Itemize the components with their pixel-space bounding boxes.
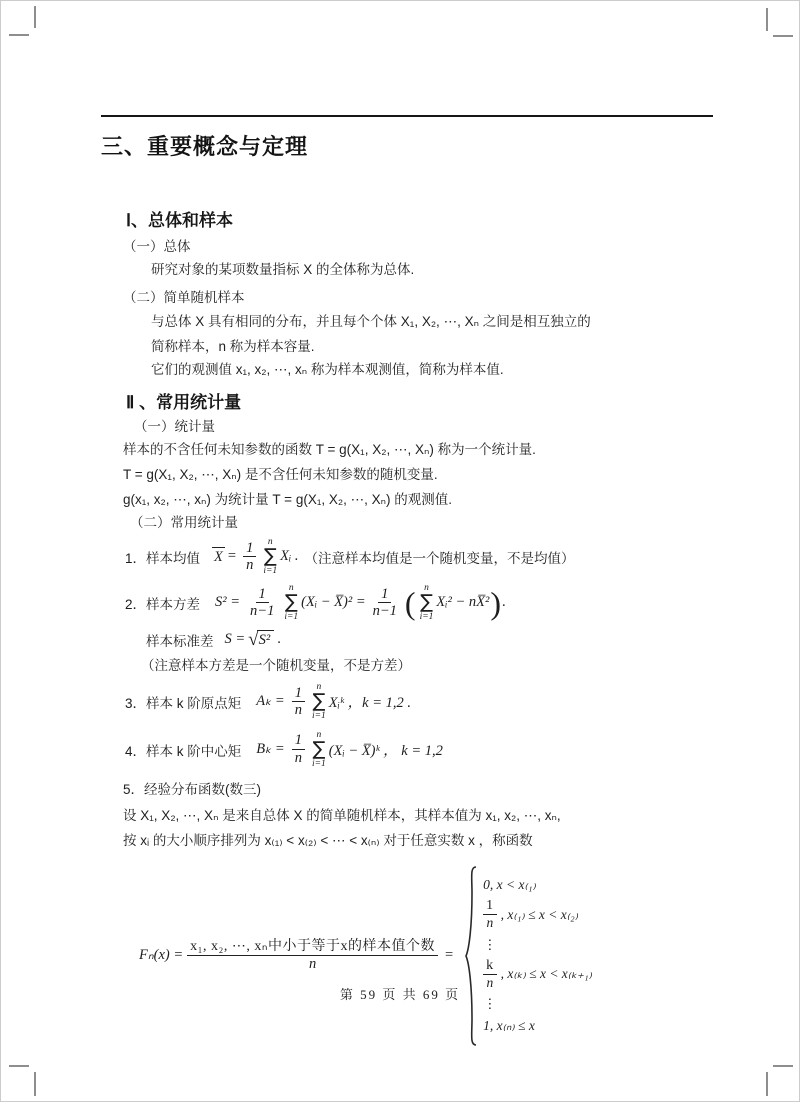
- period: .: [502, 594, 506, 611]
- text-line: 简称样本，n 称为样本容量.: [151, 337, 713, 357]
- case-row: 1 n , x₍₁₎ ≤ x < x₍₂₎: [483, 898, 592, 931]
- sigma-icon: ∑: [420, 593, 433, 612]
- fraction: x₁, x₂, ⋯, xₙ中小于等于x的样本值个数 n: [187, 939, 438, 973]
- crop-mark: [34, 6, 36, 28]
- fraction-denominator: n: [292, 750, 305, 767]
- text-line: 研究对象的某项数量指标 X 的全体称为总体.: [151, 260, 713, 280]
- fraction-denominator: n: [292, 702, 305, 719]
- sigma-icon: ∑: [312, 692, 325, 711]
- formula-term: Xᵢ² − nX̅²: [436, 594, 489, 611]
- fraction-denominator: n: [306, 956, 319, 973]
- fraction-denominator: n−1: [370, 603, 400, 620]
- text-line: g(x₁, x₂, ⋯, xₙ) 为统计量 T = g(X₁, X₂, ⋯, X…: [123, 490, 713, 510]
- formula-label: 3．样本 k 阶原点矩: [125, 692, 241, 712]
- moment-lhs: Aₖ =: [256, 693, 284, 710]
- section-1-title: Ⅰ、总体和样本: [126, 206, 713, 231]
- formula-label: 样本标准差: [146, 630, 214, 650]
- sigma-icon: ∑: [285, 593, 298, 612]
- edf-lhs: Fₙ(x) =: [139, 947, 183, 964]
- crop-mark: [9, 1065, 29, 1067]
- fraction-denominator: n: [484, 915, 497, 931]
- text-line: 样本的不含任何未知参数的函数 T = g(X₁, X₂, ⋯, Xₙ) 称为一个…: [123, 440, 713, 460]
- text-line: 按 xᵢ 的大小顺序排列为 x₍₁₎ < x₍₂₎ < ⋯ < x₍ₙ₎ 对于任…: [123, 831, 713, 851]
- formula-term: (Xᵢ − X̅)ᵏ ， k = 1,2: [329, 739, 443, 760]
- fraction-numerator: 1: [243, 540, 256, 558]
- crop-mark: [773, 35, 793, 37]
- item-5-heading: 5．经验分布函数(数三): [123, 780, 713, 800]
- equals-sign: =: [228, 548, 236, 565]
- formula-term: (Xᵢ − X̅)² =: [301, 594, 365, 611]
- sum-lower-limit: i=1: [284, 612, 298, 622]
- fraction-numerator: x₁, x₂, ⋯, xₙ中小于等于x的样本值个数: [187, 939, 438, 956]
- formula-term: Xᵢ .: [280, 548, 298, 565]
- fraction: 1 n: [243, 540, 256, 574]
- fraction: 1 n−1: [247, 586, 277, 620]
- summation: n ∑ i=1: [284, 583, 298, 623]
- case-list: 0, x < x₍₁₎ 1 n , x₍₁₎ ≤ x < x₍₂₎ ⋮ k n …: [483, 876, 592, 1034]
- case-text: 1, x₍ₙ₎ ≤ x: [483, 1018, 535, 1034]
- equals-sign: =: [445, 947, 453, 964]
- text-line: 与总体 X 具有相同的分布，并且每个个体 X₁, X₂, ⋯, Xₙ 之间是相互…: [151, 312, 713, 332]
- subsection-1-1-heading: （一）总体: [123, 237, 713, 257]
- vertical-dots: ⋮: [483, 937, 497, 953]
- sum-lower-limit: i=1: [312, 711, 326, 721]
- sigma-icon: ∑: [264, 547, 277, 566]
- variance-lhs: S² =: [215, 594, 240, 611]
- formula-origin-moment: 3．样本 k 阶原点矩 Aₖ = 1 n n ∑ i=1 Xᵢᵏ ，k = 1,…: [125, 682, 713, 722]
- fraction: 1 n: [292, 685, 305, 719]
- subsection-2-1-heading: （一）统计量: [134, 417, 713, 437]
- text-line: T = g(X₁, X₂, ⋯, Xₙ) 是不含任何未知参数的随机变量.: [123, 465, 713, 485]
- stddev-lhs: S =: [225, 631, 246, 648]
- formula-term: Xᵢᵏ ，k = 1,2 .: [329, 691, 411, 712]
- subsection-2-2-heading: （二）常用统计量: [130, 513, 713, 533]
- section-divider: [101, 115, 713, 117]
- fraction-numerator: 1: [378, 586, 391, 604]
- formula-sample-mean: 1．样本均值 X = 1 n n ∑ i=1 Xᵢ . （注意样本均值是一个随机…: [125, 537, 713, 577]
- section-2-title: Ⅱ 、常用统计量: [126, 388, 713, 413]
- fraction-numerator: 1: [256, 586, 269, 604]
- fraction-denominator: n: [243, 557, 256, 574]
- summation: n ∑ i=1: [420, 583, 434, 623]
- formula-central-moment: 4．样本 k 阶中心矩 Bₖ = 1 n n ∑ i=1 (Xᵢ − X̅)ᵏ …: [125, 730, 713, 770]
- radicand: S²: [257, 630, 275, 649]
- subsection-1-2-heading: （二）简单随机样本: [123, 288, 713, 308]
- text-line: 设 X₁, X₂, ⋯, Xₙ 是来自总体 X 的简单随机样本，其样本值为 x₁…: [123, 806, 713, 826]
- summation: n ∑ i=1: [312, 682, 326, 722]
- page-number: 第 59 页 共 69 页: [1, 984, 799, 1003]
- left-brace-icon: [464, 865, 478, 1047]
- crop-mark: [34, 1072, 36, 1096]
- summation: n ∑ i=1: [263, 537, 277, 577]
- formula-label: 1．样本均值: [125, 547, 200, 567]
- formula-label: 4．样本 k 阶中心矩: [125, 740, 241, 760]
- sum-lower-limit: i=1: [263, 566, 277, 576]
- crop-mark: [773, 1065, 793, 1067]
- sum-lower-limit: i=1: [312, 759, 326, 769]
- fraction-numerator: 1: [292, 732, 305, 750]
- fraction: 1 n: [483, 898, 497, 931]
- fraction-numerator: k: [483, 958, 497, 975]
- fraction: 1 n−1: [370, 586, 400, 620]
- formula-std-deviation: 样本标准差 S = √ S² .: [146, 629, 713, 651]
- formula-empirical-distribution: Fₙ(x) = x₁, x₂, ⋯, xₙ中小于等于x的样本值个数 n = 0,…: [139, 865, 713, 1047]
- crop-mark: [766, 8, 768, 31]
- fraction-denominator: n−1: [247, 603, 277, 620]
- fraction-numerator: 1: [483, 898, 497, 915]
- period: .: [277, 631, 281, 648]
- formula-label: 2．样本方差: [125, 593, 200, 613]
- sigma-icon: ∑: [312, 740, 325, 759]
- case-row: ⋮: [483, 936, 592, 953]
- summation: n ∑ i=1: [312, 730, 326, 770]
- sum-lower-limit: i=1: [420, 612, 434, 622]
- moment-lhs: Bₖ =: [256, 741, 284, 758]
- page-content: 三、重要概念与定理 Ⅰ、总体和样本 （一）总体 研究对象的某项数量指标 X 的全…: [101, 1, 713, 1047]
- x-bar: X: [212, 547, 225, 566]
- fraction: 1 n: [292, 732, 305, 766]
- document-page: { "page": { "heading": "三、重要概念与定理", "foo…: [0, 0, 800, 1102]
- formula-note: （注意样本均值是一个随机变量，不是均值）: [305, 547, 575, 567]
- fraction-numerator: 1: [292, 685, 305, 703]
- case-text: , x₍₁₎ ≤ x < x₍₂₎: [501, 907, 578, 923]
- case-row: 0, x < x₍₁₎: [483, 876, 592, 893]
- case-row: 1, x₍ₙ₎ ≤ x: [483, 1018, 592, 1035]
- text-line: 它们的观测值 x₁, x₂, ⋯, xₙ 称为样本观测值，简称为样本值.: [151, 360, 713, 380]
- page-title: 三、重要概念与定理: [101, 130, 713, 161]
- case-text: 0, x < x₍₁₎: [483, 877, 536, 893]
- crop-mark: [766, 1072, 768, 1096]
- formula-note: （注意样本方差是一个随机变量，不是方差）: [141, 656, 713, 676]
- formula-sample-variance: 2．样本方差 S² = 1 n−1 n ∑ i=1 (Xᵢ − X̅)² = 1…: [125, 583, 713, 623]
- crop-mark: [9, 34, 29, 36]
- case-text: , x₍ₖ₎ ≤ x < x₍ₖ₊₁₎: [501, 966, 592, 982]
